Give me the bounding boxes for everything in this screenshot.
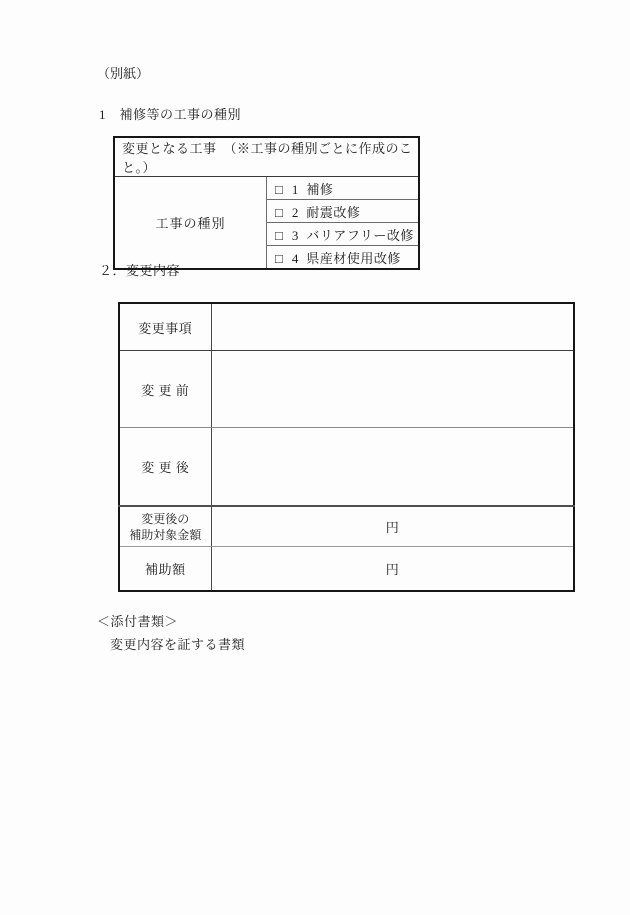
row-label-change-item: 変更事項 xyxy=(119,303,211,351)
attachments-heading: ＜添付書類＞ xyxy=(97,611,178,630)
row-label-after-change: 変 更 後 xyxy=(119,428,211,507)
checkbox-icon: □ xyxy=(275,251,283,267)
section2-heading: ２．変更内容 xyxy=(99,260,180,279)
option-number: 3 xyxy=(292,228,299,244)
option-label: 県産材使用改修 xyxy=(306,248,401,267)
option-number: 1 xyxy=(292,182,299,198)
option-label: バリアフリー改修 xyxy=(306,225,413,244)
option-label: 補修 xyxy=(306,179,333,198)
table-row: 変更事項 xyxy=(119,303,574,351)
change-item-value-cell xyxy=(211,303,574,351)
table-row: 工事の種別 □1補修 xyxy=(114,177,419,200)
work-type-table-header: 変更となる工事 （※工事の種別ごとに作成のこと。） xyxy=(114,137,419,177)
section1-heading: 1 補修等の工事の種別 xyxy=(99,104,241,123)
table-row: 変更後の 補助対象金額 円 xyxy=(119,506,574,547)
option-label: 耐震改修 xyxy=(306,202,360,221)
attachment-item: 変更内容を証する書類 xyxy=(110,634,245,653)
row-label-subsidy-target-amount: 変更後の 補助対象金額 xyxy=(119,506,211,547)
work-type-label-cell: 工事の種別 xyxy=(114,177,267,270)
attachment-note-label: （別紙） xyxy=(97,63,149,82)
change-details-table: 変更事項 変 更 前 変 更 後 変更後の 補助対象金額 円 補助額 円 xyxy=(118,302,575,592)
work-type-option-1: □1補修 xyxy=(267,177,420,200)
row-label-line2: 補助対象金額 xyxy=(120,527,211,543)
table-row: 変更となる工事 （※工事の種別ごとに作成のこと。） xyxy=(114,137,419,177)
option-number: 2 xyxy=(292,205,299,221)
yen-unit: 円 xyxy=(211,506,574,547)
checkbox-icon: □ xyxy=(275,205,283,221)
row-label-before-change: 変 更 前 xyxy=(119,351,211,428)
document-page: （別紙） 1 補修等の工事の種別 変更となる工事 （※工事の種別ごとに作成のこと… xyxy=(0,0,630,915)
table-row: 補助額 円 xyxy=(119,547,574,592)
work-type-table: 変更となる工事 （※工事の種別ごとに作成のこと。） 工事の種別 □1補修 □2耐… xyxy=(113,136,420,270)
work-type-option-3: □3バリアフリー改修 xyxy=(267,223,420,246)
row-label-subsidy-amount: 補助額 xyxy=(119,547,211,592)
checkbox-icon: □ xyxy=(275,182,283,198)
before-change-value-cell xyxy=(211,351,574,428)
option-number: 4 xyxy=(292,251,299,267)
checkbox-icon: □ xyxy=(275,228,283,244)
work-type-option-2: □2耐震改修 xyxy=(267,200,420,223)
table-row: 変 更 前 xyxy=(119,351,574,428)
table-row: 変 更 後 xyxy=(119,428,574,507)
row-label-line1: 変更後の xyxy=(120,511,211,527)
yen-unit: 円 xyxy=(211,547,574,592)
work-type-option-4: □4県産材使用改修 xyxy=(267,246,420,270)
after-change-value-cell xyxy=(211,428,574,507)
